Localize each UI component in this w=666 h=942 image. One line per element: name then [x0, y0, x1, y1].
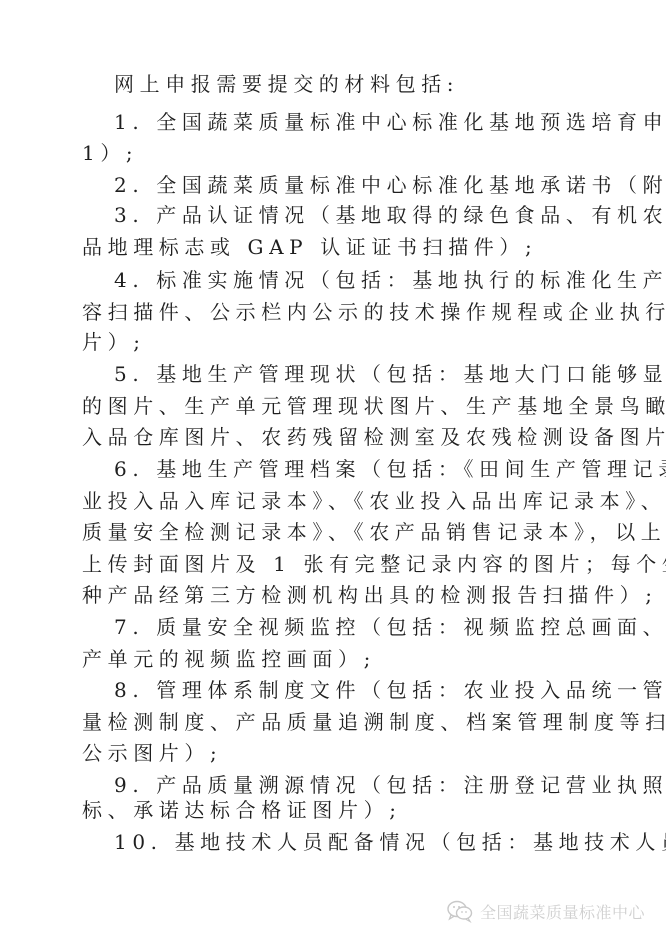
- item-7-line-1: 7. 质量安全视频监控（包括：视频监控总画面、其中一个生: [114, 611, 634, 643]
- item-5-line-2: 的图片、生产单元管理现状图片、生产基地全景鸟瞰图、农业投: [82, 390, 602, 422]
- item-4-line-1: 4. 标准实施情况（包括：基地执行的标准化生产技术规程内: [114, 264, 634, 296]
- watermark: 全国蔬菜质量标准中心: [446, 898, 645, 924]
- item-6-line-4: 上传封面图片及 1 张有完整记录内容的图片；每个生产周期、每: [82, 548, 602, 580]
- document-page: 网上申报需要提交的材料包括: 1. 全国蔬菜质量标准中心标准化基地预选培育申报表…: [0, 0, 666, 942]
- item-5-line-1: 5. 基地生产管理现状（包括：基地大门口能够显示基地全称: [114, 358, 634, 390]
- item-6-line-2: 业投入品入库记录本》、《农业投入品出库记录本》、《农产品: [82, 485, 602, 517]
- item-3-line-2: 品地理标志或 GAP 认证证书扫描件）;: [82, 231, 602, 263]
- item-6-line-1: 6. 基地生产管理档案（包括：《田间生产管理记录本》、《农: [114, 453, 634, 485]
- item-3-line-1: 3. 产品认证情况（基地取得的绿色食品、有机农产品、农产: [114, 199, 634, 231]
- item-2-line-1: 2. 全国蔬菜质量标准中心标准化基地承诺书（附件 2）;: [114, 169, 634, 201]
- item-4-line-2: 容扫描件、公示栏内公示的技术操作规程或企业执行标准的图: [82, 296, 602, 328]
- item-8-line-3: 公示图片）;: [82, 737, 602, 769]
- item-10-line-1: 10. 基地技术人员配备情况（包括：基地技术人员证书扫描: [114, 826, 634, 858]
- item-4-line-3: 片）;: [82, 326, 602, 358]
- item-5-line-3: 入品仓库图片、农药残留检测室及农残检测设备图片）;: [82, 421, 602, 453]
- item-1-line-2: 1）;: [82, 137, 602, 169]
- watermark-text: 全国蔬菜质量标准中心: [480, 900, 645, 923]
- intro-line: 网上申报需要提交的材料包括:: [114, 68, 634, 100]
- item-8-line-2: 量检测制度、产品质量追溯制度、档案管理制度等扫描件及制度: [82, 706, 602, 738]
- item-1-line-1: 1. 全国蔬菜质量标准中心标准化基地预选培育申报表（附件: [114, 106, 634, 138]
- wechat-icon: [446, 899, 474, 923]
- item-6-line-5: 种产品经第三方检测机构出具的检测报告扫描件）;: [82, 579, 602, 611]
- item-7-line-2: 产单元的视频监控画面）;: [82, 643, 602, 675]
- item-9-line-2: 标、承诺达标合格证图片）;: [82, 794, 602, 826]
- item-6-line-3: 质量安全检测记录本》、《农产品销售记录本》，以上材料均需: [82, 516, 602, 548]
- item-8-line-1: 8. 管理体系制度文件（包括：农业投入品统一管理制度、质: [114, 674, 634, 706]
